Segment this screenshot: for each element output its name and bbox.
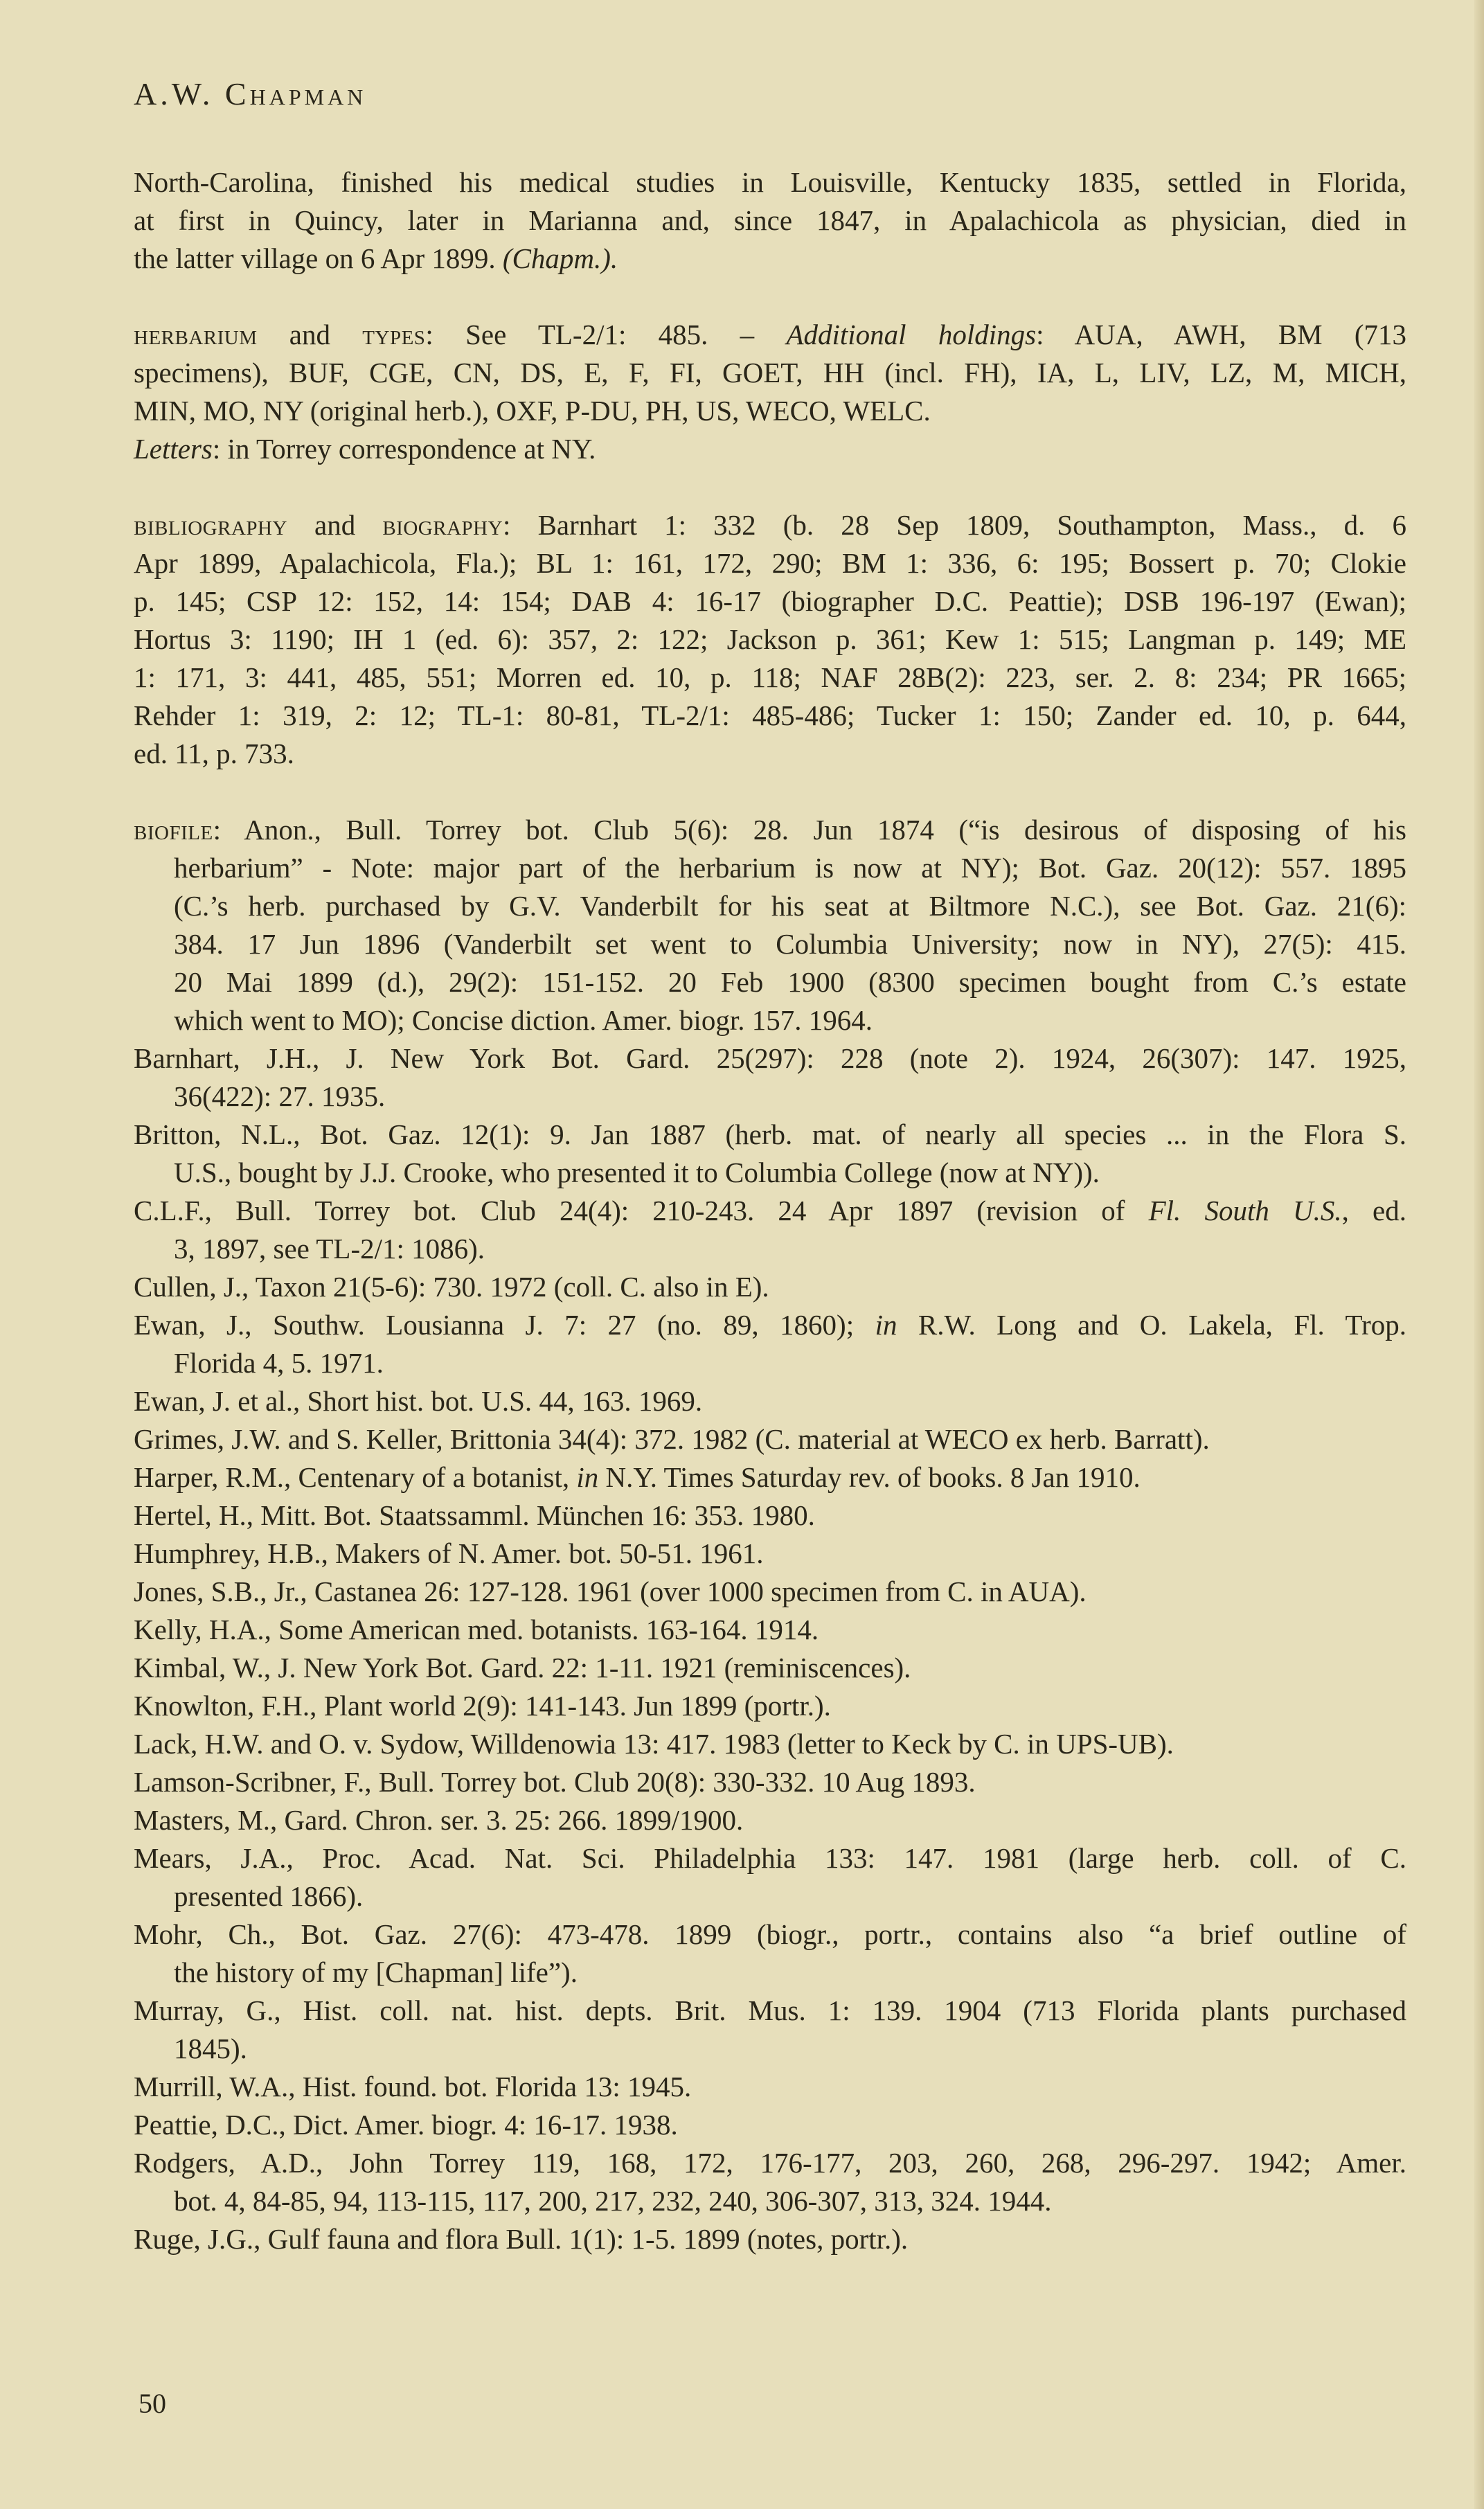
text-line: C.L.F., Bull. Torrey bot. Club 24(4): 21… (134, 1192, 1406, 1230)
letters-label: Letters (134, 433, 213, 465)
text-line: 3, 1897, see TL-2/1: 1086). (134, 1230, 1406, 1268)
text-run: C.L.F., Bull. Torrey bot. Club 24(4): 21… (134, 1195, 1149, 1226)
text-line: MIN, MO, NY (original herb.), OXF, P-DU,… (134, 392, 1406, 430)
biofile-entry: Murray, G., Hist. coll. nat. hist. depts… (134, 1992, 1406, 2068)
text-run: and (258, 319, 363, 350)
text-line: Britton, N.L., Bot. Gaz. 12(1): 9. Jan 1… (134, 1116, 1406, 1154)
text-run: Barnhart 1: 332 (b. 28 Sep 1809, Southam… (510, 509, 1406, 541)
intro-paragraph: North-Carolina, finished his medical stu… (134, 163, 1406, 278)
text-line: Murrill, W.A., Hist. found. bot. Florida… (134, 2068, 1406, 2106)
text-line: Knowlton, F.H., Plant world 2(9): 141-14… (134, 1687, 1406, 1725)
biofile-entry: Jones, S.B., Jr., Castanea 26: 127-128. … (134, 1573, 1406, 1611)
text-line: the history of my [Chapman] life”). (134, 1954, 1406, 1992)
biofile-entry: Mohr, Ch., Bot. Gaz. 27(6): 473-478. 189… (134, 1916, 1406, 1992)
text-line: Hertel, H., Mitt. Bot. Staatssamml. Münc… (134, 1497, 1406, 1535)
biofile-entry: Ewan, J. et al., Short hist. bot. U.S. 4… (134, 1382, 1406, 1420)
page-number: 50 (138, 2387, 166, 2420)
text-line: Mears, J.A., Proc. Acad. Nat. Sci. Phila… (134, 1839, 1406, 1877)
biofile-entry: Knowlton, F.H., Plant world 2(9): 141-14… (134, 1687, 1406, 1725)
biofile-entry: Britton, N.L., Bot. Gaz. 12(1): 9. Jan 1… (134, 1116, 1406, 1192)
biofile-entry: Barnhart, J.H., J. New York Bot. Gard. 2… (134, 1039, 1406, 1116)
bibliography-section: bibliography and biography: Barnhart 1: … (134, 506, 1406, 773)
text-line: Ruge, J.G., Gulf fauna and flora Bull. 1… (134, 2220, 1406, 2258)
biofile-entry: Humphrey, H.B., Makers of N. Amer. bot. … (134, 1535, 1406, 1573)
text-line: at first in Quincy, later in Marianna an… (134, 202, 1406, 240)
text-line: Mohr, Ch., Bot. Gaz. 27(6): 473-478. 189… (134, 1916, 1406, 1954)
text-line: Grimes, J.W. and S. Keller, Brittonia 34… (134, 1420, 1406, 1458)
section-label-biofile: biofile (134, 814, 213, 846)
text-line: Ewan, J., Southw. Lousianna J. 7: 27 (no… (134, 1306, 1406, 1344)
text-line: Apr 1899, Apalachicola, Fla.); BL 1: 161… (134, 544, 1406, 582)
text-line: bot. 4, 84-85, 94, 113-115, 117, 200, 21… (134, 2182, 1406, 2220)
biofile-entry: Peattie, D.C., Dict. Amer. biogr. 4: 16-… (134, 2106, 1406, 2144)
text-line: Masters, M., Gard. Chron. ser. 3. 25: 26… (134, 1801, 1406, 1839)
text-line: Barnhart, J.H., J. New York Bot. Gard. 2… (134, 1039, 1406, 1078)
text-line: which went to MO); Concise diction. Amer… (134, 1001, 1406, 1039)
text-run: Anon., Bull. Torrey bot. Club 5(6): 28. … (221, 814, 1406, 846)
text-run: See TL-2/1: 485. – (433, 319, 787, 350)
biofile-entry: Masters, M., Gard. Chron. ser. 3. 25: 26… (134, 1801, 1406, 1839)
biofile-entry: Ewan, J., Southw. Lousianna J. 7: 27 (no… (134, 1306, 1406, 1382)
text-line: 20 Mai 1899 (d.), 29(2): 151-152. 20 Feb… (134, 963, 1406, 1001)
text-line: Rodgers, A.D., John Torrey 119, 168, 172… (134, 2144, 1406, 2182)
author-abbrev: (Chapm.). (503, 242, 618, 274)
biofile-entry: Lamson-Scribner, F., Bull. Torrey bot. C… (134, 1763, 1406, 1801)
biofile-entry: biofile: Anon., Bull. Torrey bot. Club 5… (134, 811, 1406, 1039)
text-run: : AUA, AWH, BM (713 (1036, 319, 1406, 350)
text-run-italic: Fl. South U.S. (1149, 1195, 1342, 1226)
running-head: A.W. Chapman (134, 75, 366, 114)
biofile-entry: Murrill, W.A., Hist. found. bot. Florida… (134, 2068, 1406, 2106)
text-run-italic: in (875, 1309, 897, 1341)
section-label-bibliography: bibliography (134, 509, 287, 541)
text-line: Rehder 1: 319, 2: 12; TL-1: 80-81, TL-2/… (134, 697, 1406, 735)
text-line: ed. 11, p. 733. (134, 735, 1406, 773)
text-line: Murray, G., Hist. coll. nat. hist. depts… (134, 1992, 1406, 2030)
text-line: Kimbal, W., J. New York Bot. Gard. 22: 1… (134, 1649, 1406, 1687)
section-label-herbarium: herbarium (134, 319, 258, 350)
section-label-biography: biography (382, 509, 503, 541)
text-run: N.Y. Times Saturday rev. of books. 8 Jan… (598, 1461, 1140, 1493)
text-line: North-Carolina, finished his medical stu… (134, 163, 1406, 202)
text-run: Harper, R.M., Centenary of a botanist, (134, 1461, 576, 1493)
text-line: Letters: in Torrey correspondence at NY. (134, 430, 1406, 468)
text-line: U.S., bought by J.J. Crooke, who present… (134, 1154, 1406, 1192)
biofile-entry: Ruge, J.G., Gulf fauna and flora Bull. 1… (134, 2220, 1406, 2258)
text-block: North-Carolina, finished his medical stu… (134, 163, 1406, 2258)
text-run: : (503, 509, 510, 541)
text-line: 384. 17 Jun 1896 (Vanderbilt set went to… (134, 925, 1406, 963)
biofile-entry: Harper, R.M., Centenary of a botanist, i… (134, 1458, 1406, 1497)
biofile-entry: Grimes, J.W. and S. Keller, Brittonia 34… (134, 1420, 1406, 1458)
text-line: specimens), BUF, CGE, CN, DS, E, F, FI, … (134, 354, 1406, 392)
page-edge-shadow (1474, 0, 1484, 2509)
biofile-entry: Hertel, H., Mitt. Bot. Staatssamml. Münc… (134, 1497, 1406, 1535)
text-line: (C.’s herb. purchased by G.V. Vanderbilt… (134, 887, 1406, 925)
text-line: Florida 4, 5. 1971. (134, 1344, 1406, 1382)
text-line: Peattie, D.C., Dict. Amer. biogr. 4: 16-… (134, 2106, 1406, 2144)
biofile-entry: C.L.F., Bull. Torrey bot. Club 24(4): 21… (134, 1192, 1406, 1268)
section-label-types: types (362, 319, 425, 350)
text-line: the latter village on 6 Apr 1899. (Chapm… (134, 240, 1406, 278)
text-line: Lack, H.W. and O. v. Sydow, Willdenowia … (134, 1725, 1406, 1763)
text-run: the latter village on 6 Apr 1899. (134, 242, 503, 274)
biofile-entry: Mears, J.A., Proc. Acad. Nat. Sci. Phila… (134, 1839, 1406, 1916)
herbarium-section: herbarium and types: See TL-2/1: 485. – … (134, 316, 1406, 468)
text-run: , ed. (1342, 1195, 1406, 1226)
text-run-italic: in (576, 1461, 598, 1493)
text-line: Harper, R.M., Centenary of a botanist, i… (134, 1458, 1406, 1497)
text-run: and (287, 509, 382, 541)
biofile-entry: Rodgers, A.D., John Torrey 119, 168, 172… (134, 2144, 1406, 2220)
biofile-entry: Kelly, H.A., Some American med. botanist… (134, 1611, 1406, 1649)
text-run: : (213, 814, 221, 846)
biofile-entry: Lack, H.W. and O. v. Sydow, Willdenowia … (134, 1725, 1406, 1763)
text-line: Kelly, H.A., Some American med. botanist… (134, 1611, 1406, 1649)
text-line: Jones, S.B., Jr., Castanea 26: 127-128. … (134, 1573, 1406, 1611)
text-line: biofile: Anon., Bull. Torrey bot. Club 5… (134, 811, 1406, 849)
biofile-entry: Cullen, J., Taxon 21(5-6): 730. 1972 (co… (134, 1268, 1406, 1306)
text-line: herbarium” - Note: major part of the her… (134, 849, 1406, 887)
text-line: 1845). (134, 2030, 1406, 2068)
text-line: Hortus 3: 1190; IH 1 (ed. 6): 357, 2: 12… (134, 620, 1406, 659)
text-run: : in Torrey correspondence at NY. (213, 433, 596, 465)
text-line: 36(422): 27. 1935. (134, 1078, 1406, 1116)
additional-holdings-label: Additional holdings (786, 319, 1036, 350)
text-line: Cullen, J., Taxon 21(5-6): 730. 1972 (co… (134, 1268, 1406, 1306)
text-line: 1: 171, 3: 441, 485, 551; Morren ed. 10,… (134, 659, 1406, 697)
text-run: R.W. Long and O. Lakela, Fl. Trop. (897, 1309, 1406, 1341)
biofile-section: biofile: Anon., Bull. Torrey bot. Club 5… (134, 811, 1406, 2258)
text-line: Ewan, J. et al., Short hist. bot. U.S. 4… (134, 1382, 1406, 1420)
text-line: Humphrey, H.B., Makers of N. Amer. bot. … (134, 1535, 1406, 1573)
text-line: Lamson-Scribner, F., Bull. Torrey bot. C… (134, 1763, 1406, 1801)
biofile-entry: Kimbal, W., J. New York Bot. Gard. 22: 1… (134, 1649, 1406, 1687)
text-run: Ewan, J., Southw. Lousianna J. 7: 27 (no… (134, 1309, 875, 1341)
text-line: presented 1866). (134, 1877, 1406, 1916)
text-line: p. 145; CSP 12: 152, 14: 154; DAB 4: 16-… (134, 582, 1406, 620)
text-line: bibliography and biography: Barnhart 1: … (134, 506, 1406, 544)
text-line: herbarium and types: See TL-2/1: 485. – … (134, 316, 1406, 354)
text-run: : (425, 319, 433, 350)
